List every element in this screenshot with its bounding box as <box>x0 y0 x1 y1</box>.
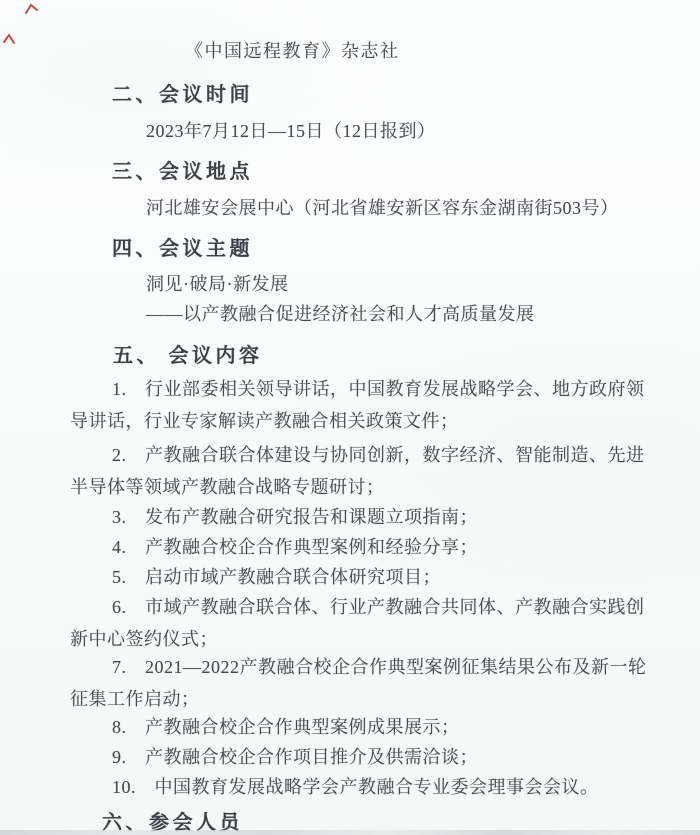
agenda-item-line: 征集工作启动； <box>70 685 200 711</box>
meeting-theme-line-1: 洞见·破局·新发展 <box>146 270 289 296</box>
section-heading-meeting-content: 五、 会议内容 <box>113 339 263 368</box>
agenda-item-line: 半导体等领域产教融合战略专题研讨； <box>70 473 385 499</box>
agenda-item-line: 9. 产教融合校企合作项目推介及供需洽谈； <box>112 743 478 769</box>
scanned-document-page: 《中国远程教育》杂志社 二、会议时间 2023年7月12日—15日（12日报到）… <box>0 0 700 835</box>
agenda-item-line: 2. 产教融合联合体建设与协同创新，数字经济、智能制造、先进 <box>112 441 645 467</box>
agenda-item-line: 7. 2021—2022产教融合校企合作典型案例征集结果公布及新一轮 <box>112 653 647 679</box>
agenda-item-line: 4. 产教融合校企合作典型案例和经验分享； <box>112 533 478 559</box>
red-pen-mark-icon <box>3 33 16 46</box>
agenda-item-line: 导讲话，行业专家解读产教融合相关政策文件； <box>70 407 459 433</box>
agenda-item-line: 10. 中国教育发展战略学会产教融合专业委会理事会会议。 <box>112 773 599 799</box>
agenda-item-line: 3. 发布产教融合研究报告和课题立项指南； <box>112 503 478 529</box>
agenda-item-line: 5. 启动市域产教融合联合体研究项目； <box>112 563 441 589</box>
red-pen-mark-icon <box>24 2 40 16</box>
section-heading-meeting-theme: 四、会议主题 <box>112 232 253 261</box>
agenda-item-line: 新中心签约仪式； <box>70 625 218 651</box>
section-heading-meeting-time: 二、会议时间 <box>112 78 253 107</box>
agenda-item-line: 8. 产教融合校企合作典型案例成果展示； <box>112 713 460 739</box>
meeting-date-line: 2023年7月12日—15日（12日报到） <box>146 117 436 143</box>
agenda-item-line: 1. 行业部委相关领导讲话，中国教育发展战略学会、地方政府领 <box>112 375 645 401</box>
meeting-theme-line-2: ——以产教融合促进经济社会和人才高质量发展 <box>146 300 535 326</box>
scan-edge-artifact <box>0 830 700 835</box>
section-heading-meeting-place: 三、会议地点 <box>112 155 253 184</box>
publisher-line: 《中国远程教育》杂志社 <box>185 37 400 63</box>
meeting-venue-line: 河北雄安会展中心（河北省雄安新区容东金湖南街503号） <box>146 194 619 220</box>
agenda-item-line: 6. 市域产教融合联合体、行业产教融合共同体、产教融合实践创 <box>112 593 645 619</box>
